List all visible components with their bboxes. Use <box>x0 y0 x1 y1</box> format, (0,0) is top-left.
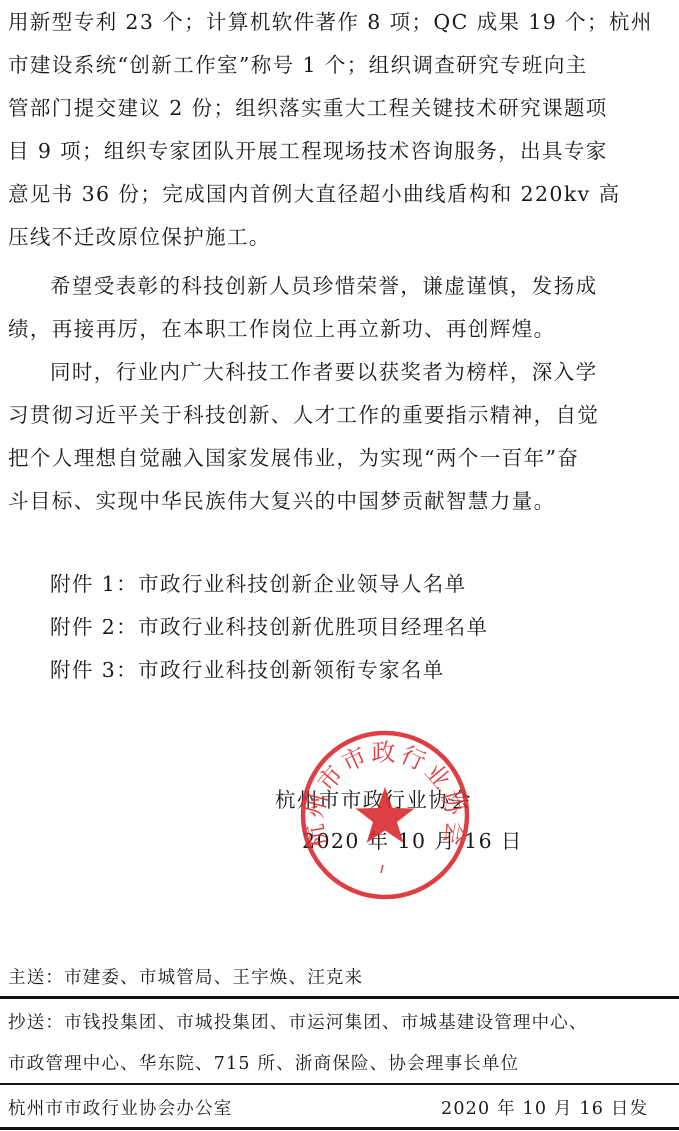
cc-recipients-line-2: 市政管理中心、华东院、715 所、浙商保险、协会理事长单位 <box>8 1052 519 1076</box>
text-line: 绩，再接再厉，在本职工作岗位上再立新功、再创辉煌。 <box>8 315 556 343</box>
text-line: 用新型专利 23 个；计算机软件著作 8 项；QC 成果 19 个；杭州 <box>8 8 653 36</box>
official-seal-stamp-icon: 杭州市市政行业协会 <box>299 729 471 901</box>
divider-thin <box>0 1083 679 1085</box>
issuing-office: 杭州市市政行业协会办公室 <box>8 1097 232 1121</box>
attachment-item[interactable]: 附件 1：市政行业科技创新企业领导人名单 <box>50 570 467 598</box>
signature-date: 2020 年 10 月 16 日 <box>302 827 523 855</box>
text-line: 习贯彻习近平关于科技创新、人才工作的重要指示精神，自觉 <box>8 401 599 429</box>
text-line: 把个人理想自觉融入国家发展伟业，为实现“两个一百年”奋 <box>8 444 579 472</box>
issue-date: 2020 年 10 月 16 日发 <box>441 1097 648 1121</box>
cc-recipients-line-1: 抄送：市钱投集团、市城投集团、市运河集团、市城基建设管理中心、 <box>8 1011 588 1035</box>
text-line: 管部门提交建议 2 份；组织落实重大工程关键技术研究课题项 <box>8 94 608 122</box>
text-line: 压线不迁改原位保护施工。 <box>8 223 271 251</box>
text-line: 目 9 项；组织专家团队开展工程现场技术咨询服务，出具专家 <box>8 137 608 165</box>
signature-organization: 杭州市市政行业协会 <box>275 786 472 814</box>
attachment-item[interactable]: 附件 3：市政行业科技创新领衔专家名单 <box>50 656 445 684</box>
text-line: 斗目标、实现中华民族伟大复兴的中国梦贡献智慧力量。 <box>8 487 556 515</box>
main-recipients: 主送：市建委、市城管局、王宇焕、汪克来 <box>8 966 363 990</box>
attachment-item[interactable]: 附件 2：市政行业科技创新优胜项目经理名单 <box>50 613 488 641</box>
text-line: 同时，行业内广大科技工作者要以获奖者为榜样，深入学 <box>50 358 598 386</box>
divider-thick <box>0 996 679 999</box>
text-line: 意见书 36 份；完成国内首例大直径超小曲线盾构和 220kv 高 <box>8 180 620 208</box>
divider-thick-bottom <box>0 1127 679 1130</box>
text-line: 市建设系统“创新工作室”称号 1 个；组织调查研究专班向主 <box>8 51 588 79</box>
text-line: 希望受表彰的科技创新人员珍惜荣誉，谦虚谨慎，发扬成 <box>50 272 598 300</box>
